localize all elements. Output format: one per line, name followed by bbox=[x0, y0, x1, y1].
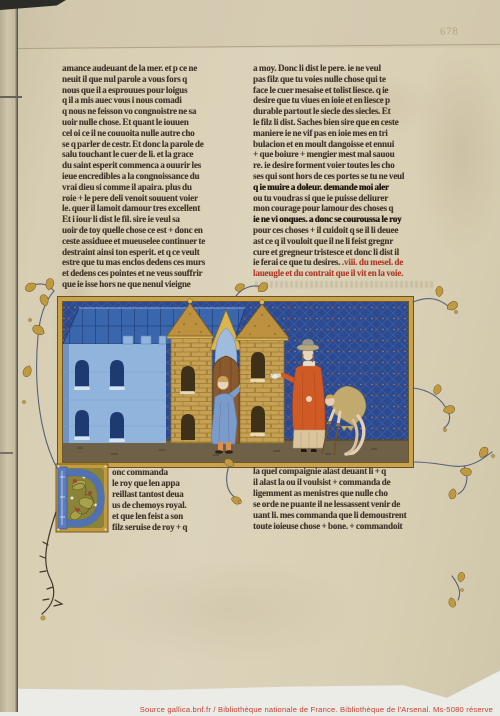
text-line: le. quer il lamoit damour tres excellent bbox=[62, 203, 252, 214]
text-line: salu touchant le cuer de li. et la grace bbox=[62, 149, 252, 160]
text-line: uant li. mes commanda que li demoustrent bbox=[253, 510, 455, 521]
text-column-bottom-left: onc commandale roy que len appareillast … bbox=[112, 467, 254, 533]
text-line: Et i iour li dist le fil. sire ie veul s… bbox=[62, 214, 252, 225]
text-line: re. ie desire forment voier toutes les c… bbox=[253, 160, 451, 171]
text-line: cel oi ce il ne couuoita nulle autre cho bbox=[62, 128, 252, 139]
text-line: la quel compaignie alast deuant li + q bbox=[253, 466, 455, 477]
gallica-attribution: Source gallica.bnf.fr / Bibliothèque nat… bbox=[140, 705, 493, 714]
chapter-rubric-start: ie ferai ce que tu desires. .viii. du me… bbox=[253, 257, 453, 267]
text-line: + que boiure + mengier mest mal sauou bbox=[253, 149, 451, 160]
text-line: et dedens ces pointes et ne veus souffri… bbox=[62, 268, 252, 279]
text-line: durable partout le siecle des siecles. E… bbox=[253, 106, 451, 117]
text-line: cure et gregneur tristesce et donc li di… bbox=[253, 247, 451, 258]
text-line: il alast la ou il voulsist + commanda de bbox=[253, 477, 455, 488]
text-line: q ie muire a doleur. demande moi aler bbox=[253, 182, 451, 193]
text-line: se orde ne puante il ne lessassent venir… bbox=[253, 499, 455, 510]
text-line: q nous ne feisson vo congnoistre ne sa bbox=[62, 106, 252, 117]
text-line: le filz li dist. Saches bien sire que en… bbox=[253, 117, 451, 128]
page-top-edge-band bbox=[18, 0, 500, 48]
text-line: le roy que len appa bbox=[112, 478, 254, 489]
text-line: du saint esperit commenca a ouurir les bbox=[62, 160, 252, 171]
text-line: reillast tantost deua bbox=[112, 489, 254, 500]
text-line: filz seruise de roy + q bbox=[112, 522, 254, 533]
text-line: neuit il que nul parole a vous fors q bbox=[62, 74, 252, 85]
edge-mark bbox=[0, 96, 22, 98]
text-line: q il a mis auec vous i nous comadi bbox=[62, 95, 252, 106]
text-column-left: amance audeuant de la mer. et p ce neneu… bbox=[62, 63, 252, 290]
text-line: maniere ie ne vif pas en ioie mes en tri bbox=[253, 128, 451, 139]
rubric-text: .viii. du mesel. de bbox=[342, 257, 403, 267]
text-line: et que len feist a son bbox=[112, 511, 254, 522]
text-line: toute ioieuse chose + bone. + commandoit bbox=[253, 521, 455, 532]
text-line: ses qui sont hors de ces portes se tu ne… bbox=[253, 171, 451, 182]
text-line: onc commanda bbox=[112, 467, 254, 478]
manuscript-scan: 678 amance audeuant de la mer. et p ce n… bbox=[0, 0, 500, 716]
text-line: bulacion et en moult dangoisse et ennui bbox=[253, 139, 451, 150]
text-line: mon courage pour lamour des choses q bbox=[253, 203, 451, 214]
text-line: pas filz que tu voies nulle chose qui te bbox=[253, 74, 451, 85]
text-line: ceste assiduee et mueuselee continuer te bbox=[62, 236, 252, 247]
text-line: face le cuer mesaise et tolist liesce. q… bbox=[253, 85, 451, 96]
text-line: estre que tu mas enclos dedens ces murs bbox=[62, 257, 252, 268]
illuminated-initial-d bbox=[55, 463, 109, 533]
edge-mark bbox=[0, 452, 13, 454]
text-line: vrai dieu si comme il apaira. plus du bbox=[62, 182, 252, 193]
text-line: a moy. Donc li dist le pere. ie ne veul bbox=[253, 63, 451, 74]
ink-showthrough bbox=[255, 281, 433, 288]
text-line: ast ce q il vouloit que il ne li feist g… bbox=[253, 236, 451, 247]
chapter-rubric: laueugle et du contrait que il vit en la… bbox=[253, 268, 458, 278]
folio-number: 678 bbox=[440, 25, 484, 38]
text-line: uoir de toy quelle chose ce est + donc e… bbox=[62, 225, 252, 236]
text-line: uoir nulle chose. Et quant le iouuen bbox=[62, 117, 252, 128]
text-line: pour ces choses + il cuidoit q se il li … bbox=[253, 225, 451, 236]
text-line: nous que il a esprouues pour loigus bbox=[62, 85, 252, 96]
text-line: ou tu voudras si que ie puisse deliurer bbox=[253, 193, 451, 204]
text-line: destraint ainsi ton esperit. et q ce veu… bbox=[62, 247, 252, 258]
text-line: roie + le pere deli venoit souuent voier bbox=[62, 193, 252, 204]
text-line: desire que tu viues en ioie et en liesce… bbox=[253, 95, 451, 106]
text-line: us de chemoys royal. bbox=[112, 500, 254, 511]
miniature-illustration bbox=[57, 296, 414, 468]
text-line: ie ferai ce que tu desires. bbox=[253, 257, 340, 267]
text-line: ligemment as menistres que nulle cho bbox=[253, 488, 455, 499]
text-column-right: a moy. Donc li dist le pere. ie ne veulp… bbox=[253, 63, 451, 257]
text-line: ie ne vi onques. a donc se couroussa le … bbox=[253, 214, 451, 225]
text-column-bottom-right: la quel compaignie alast deuant li + qil… bbox=[253, 466, 455, 532]
text-line: amance audeuant de la mer. et p ce ne bbox=[62, 63, 252, 74]
book-gutter bbox=[0, 0, 18, 712]
text-line: que ie isse hors ne que nenul vieigne bbox=[62, 279, 252, 290]
text-line: ieue encredibles a la congnoissance du bbox=[62, 171, 252, 182]
text-line: se q parler de cestr. Et donc la parole … bbox=[62, 139, 252, 150]
